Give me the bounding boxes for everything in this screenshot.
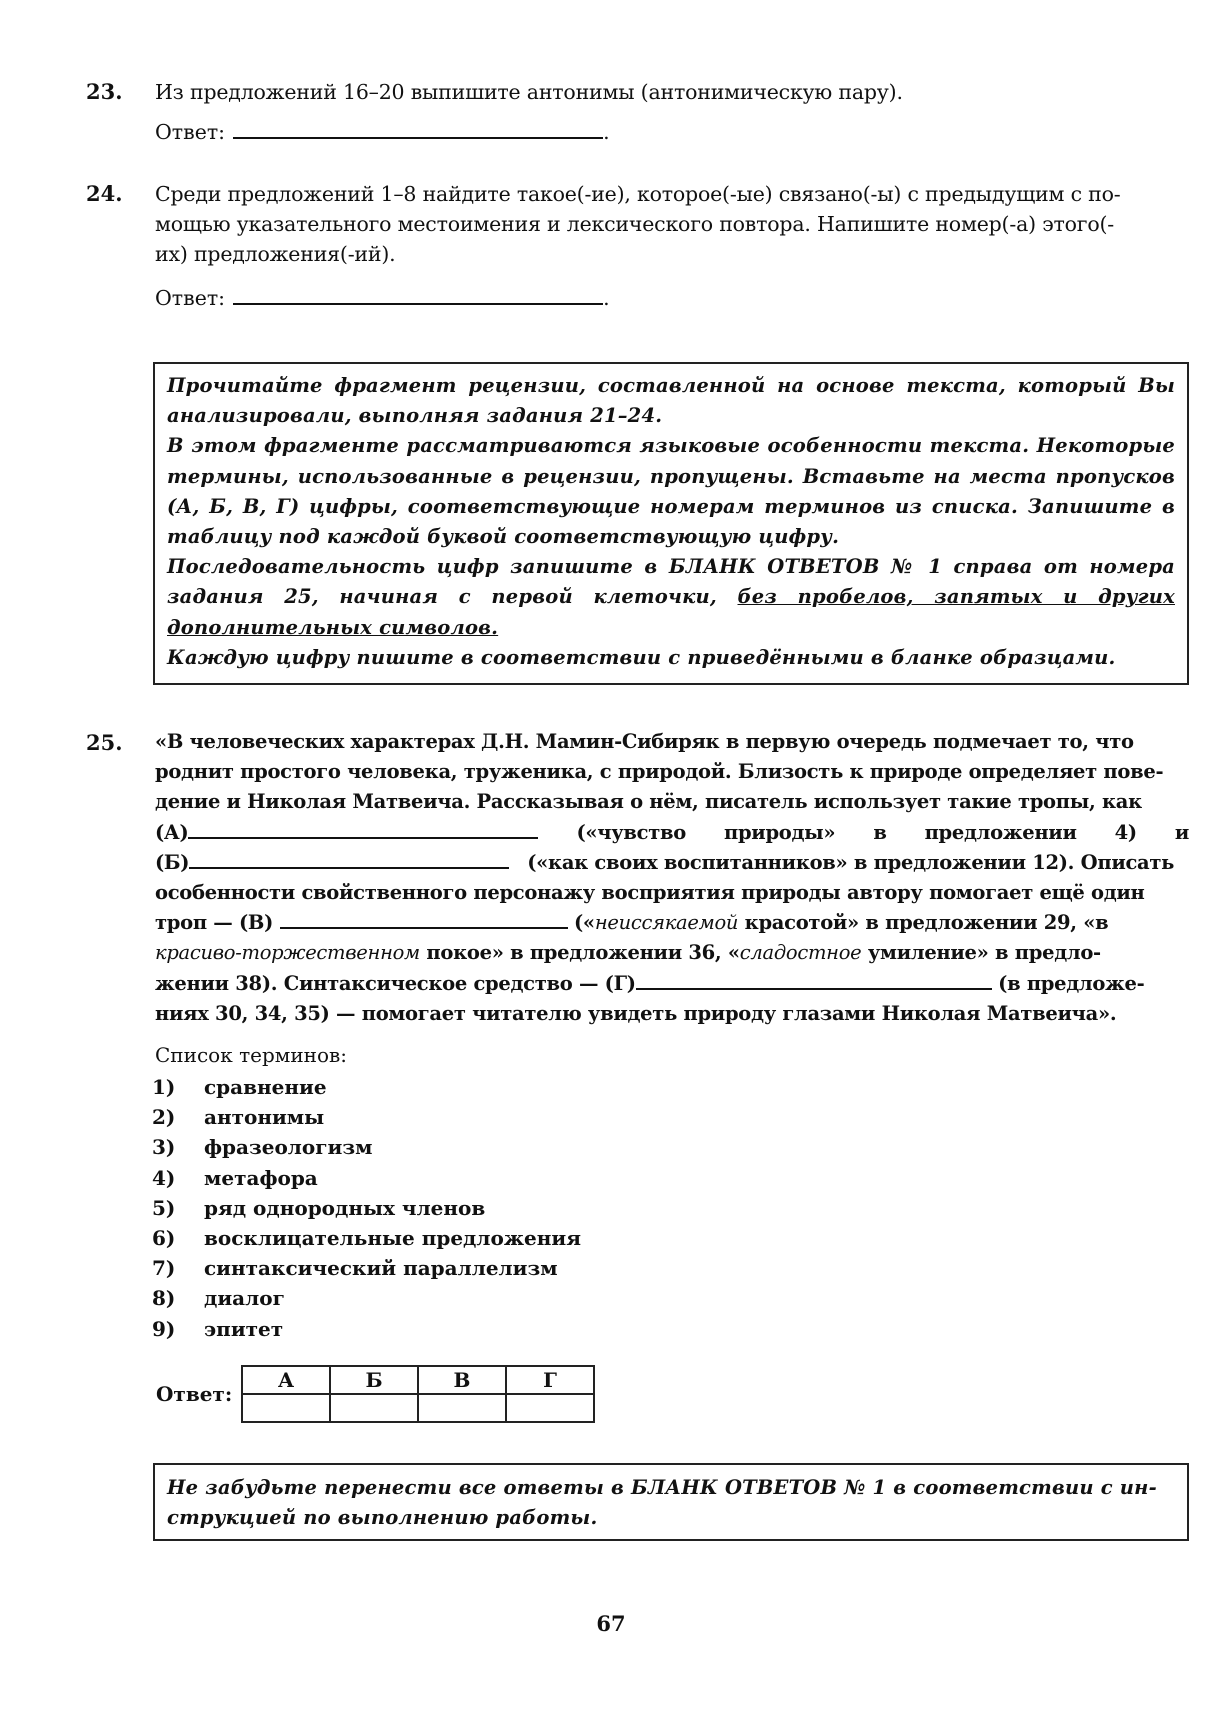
answer-header-b: Б	[330, 1366, 418, 1394]
gap-g-after: (в предложе-	[992, 972, 1145, 995]
task-25-line-v: троп — (В) («неиссякаемой красотой» в пр…	[155, 908, 1189, 938]
term-label: синтаксический параллелизм	[204, 1253, 558, 1283]
gap-v-field[interactable]	[280, 909, 568, 929]
term-number: 8)	[152, 1283, 204, 1313]
term-label: фразеологизм	[204, 1132, 372, 1162]
task-25-line-8: красиво-торжественном покое» в предложен…	[155, 938, 1189, 968]
term-number: 9)	[152, 1314, 204, 1344]
task-24-text: Среди предложений 1–8 найдите такое(-ие)…	[155, 179, 1189, 269]
gap-v-label: троп — (В)	[155, 911, 280, 934]
task-25-line: дение и Николая Матвеича. Рассказывая о …	[155, 787, 1189, 817]
word: («чувство	[576, 818, 686, 848]
text: умиление» в предло-	[861, 941, 1100, 964]
gap-b-label: (Б)	[155, 851, 189, 874]
term-item: 5)ряд однородных членов	[152, 1193, 581, 1223]
reminder-line: струкцией по выполнению работы.	[167, 1503, 1175, 1533]
exam-page: 23. Из предложений 16–20 выпишите антони…	[0, 0, 1222, 1712]
term-item: 4)метафора	[152, 1163, 581, 1193]
task-24-line: Среди предложений 1–8 найдите такое(-ие)…	[155, 179, 1189, 209]
gap-b-field[interactable]	[189, 849, 509, 869]
instruction-p2: В этом фрагменте рассматриваются языковы…	[167, 431, 1175, 552]
gap-a-label: (А)	[155, 821, 188, 844]
answer-label: Ответ:	[155, 120, 225, 144]
term-number: 2)	[152, 1102, 204, 1132]
term-label: эпитет	[204, 1314, 283, 1344]
task-23-text: Из предложений 16–20 выпишите антонимы (…	[155, 77, 1189, 107]
answer-cell-b[interactable]	[330, 1394, 418, 1422]
word: предложении	[925, 818, 1077, 848]
reminder-text: Не забудьте перенести все ответы в БЛАНК…	[155, 1465, 1187, 1533]
term-item: 8)диалог	[152, 1283, 581, 1313]
answer-table-label: Ответ:	[156, 1382, 232, 1406]
task-25-line-a: (А) («чувство природы» в предложении 4) …	[155, 818, 1189, 848]
term-number: 3)	[152, 1132, 204, 1162]
answer-header-v: В	[418, 1366, 506, 1394]
term-item: 1)сравнение	[152, 1072, 581, 1102]
instruction-p4: Каждую цифру пишите в соответствии с при…	[167, 643, 1175, 673]
term-number: 6)	[152, 1223, 204, 1253]
task-25-line: «В человеческих характерах Д.Н. Мамин-Си…	[155, 727, 1189, 757]
answer-cell-g[interactable]	[506, 1394, 594, 1422]
task-25-line: особенности свойственного персонажу восп…	[155, 878, 1189, 908]
task-25-line-b: (Б)(«как своих воспитанников» в предложе…	[155, 848, 1189, 878]
term-label: ряд однородных членов	[204, 1193, 485, 1223]
task-23-answer: Ответ: .	[155, 117, 610, 144]
answer-label: Ответ:	[155, 286, 225, 310]
terms-list: 1)сравнение 2)антонимы 3)фразеологизм 4)…	[152, 1072, 581, 1344]
gap-v-after: красотой» в предложении 29, «в	[738, 911, 1108, 934]
answer-cell-a[interactable]	[242, 1394, 330, 1422]
term-number: 5)	[152, 1193, 204, 1223]
task-23-answer-field[interactable]	[233, 117, 603, 139]
term-item: 3)фразеологизм	[152, 1132, 581, 1162]
terms-title: Список терминов:	[155, 1043, 347, 1067]
answer-table: А Б В Г	[241, 1365, 595, 1423]
term-number: 4)	[152, 1163, 204, 1193]
word: и	[1175, 818, 1189, 848]
answer-period: .	[603, 120, 610, 144]
answer-cell-v[interactable]	[418, 1394, 506, 1422]
instruction-p3: Последовательность цифр запишите в БЛАНК…	[167, 552, 1175, 643]
task-24-number: 24.	[86, 181, 123, 206]
instruction-text: Прочитайте фрагмент рецензии, составленн…	[155, 364, 1187, 673]
task-25-number: 25.	[86, 730, 123, 755]
instruction-p1: Прочитайте фрагмент рецензии, составленн…	[167, 371, 1175, 431]
word: 4)	[1115, 818, 1137, 848]
reminder-box: Не забудьте перенести все ответы в БЛАНК…	[153, 1463, 1189, 1541]
gap-g-field[interactable]	[636, 970, 992, 990]
answer-header-a: А	[242, 1366, 330, 1394]
word: в	[873, 818, 886, 848]
answer-header-g: Г	[506, 1366, 594, 1394]
gap-g-label: жении 38). Синтаксическое средство — (Г)	[155, 972, 636, 995]
term-label: диалог	[204, 1283, 285, 1313]
answer-period: .	[603, 286, 610, 310]
italic-word: неиссякаемой	[595, 911, 738, 934]
page-number: 67	[0, 1611, 1222, 1636]
italic-word: красиво-торжественном	[155, 941, 420, 964]
term-label: восклицательные предложения	[204, 1223, 581, 1253]
task-23-number: 23.	[86, 79, 123, 104]
term-label: антонимы	[204, 1102, 324, 1132]
term-number: 1)	[152, 1072, 204, 1102]
task-24-answer: Ответ: .	[155, 283, 610, 310]
term-item: 2)антонимы	[152, 1102, 581, 1132]
task-25-text: «В человеческих характерах Д.Н. Мамин-Си…	[155, 727, 1189, 1029]
gap-a-field[interactable]	[188, 819, 538, 839]
term-number: 7)	[152, 1253, 204, 1283]
gap-b-after: («как своих воспитанников» в предложении…	[527, 851, 1174, 874]
task-25-line: ниях 30, 34, 35) — помогает читателю уви…	[155, 999, 1189, 1029]
term-label: метафора	[204, 1163, 318, 1193]
term-item: 7)синтаксический параллелизм	[152, 1253, 581, 1283]
italic-word: сладостное	[740, 941, 862, 964]
task-24-line: мощью указательного местоимения и лексич…	[155, 209, 1189, 239]
task-25-line-g: жении 38). Синтаксическое средство — (Г)…	[155, 969, 1189, 999]
task-24-line: их) предложения(-ий).	[155, 239, 1189, 269]
task-24-answer-field[interactable]	[233, 283, 603, 305]
instruction-box: Прочитайте фрагмент рецензии, составленн…	[153, 362, 1189, 685]
task-25-line: роднит простого человека, труженика, с п…	[155, 757, 1189, 787]
term-item: 6)восклицательные предложения	[152, 1223, 581, 1253]
reminder-line: Не забудьте перенести все ответы в БЛАНК…	[167, 1473, 1175, 1503]
term-label: сравнение	[204, 1072, 327, 1102]
term-item: 9)эпитет	[152, 1314, 581, 1344]
word: природы»	[724, 818, 835, 848]
quote-open: («	[568, 911, 595, 934]
text: покое» в предложении 36, «	[420, 941, 740, 964]
